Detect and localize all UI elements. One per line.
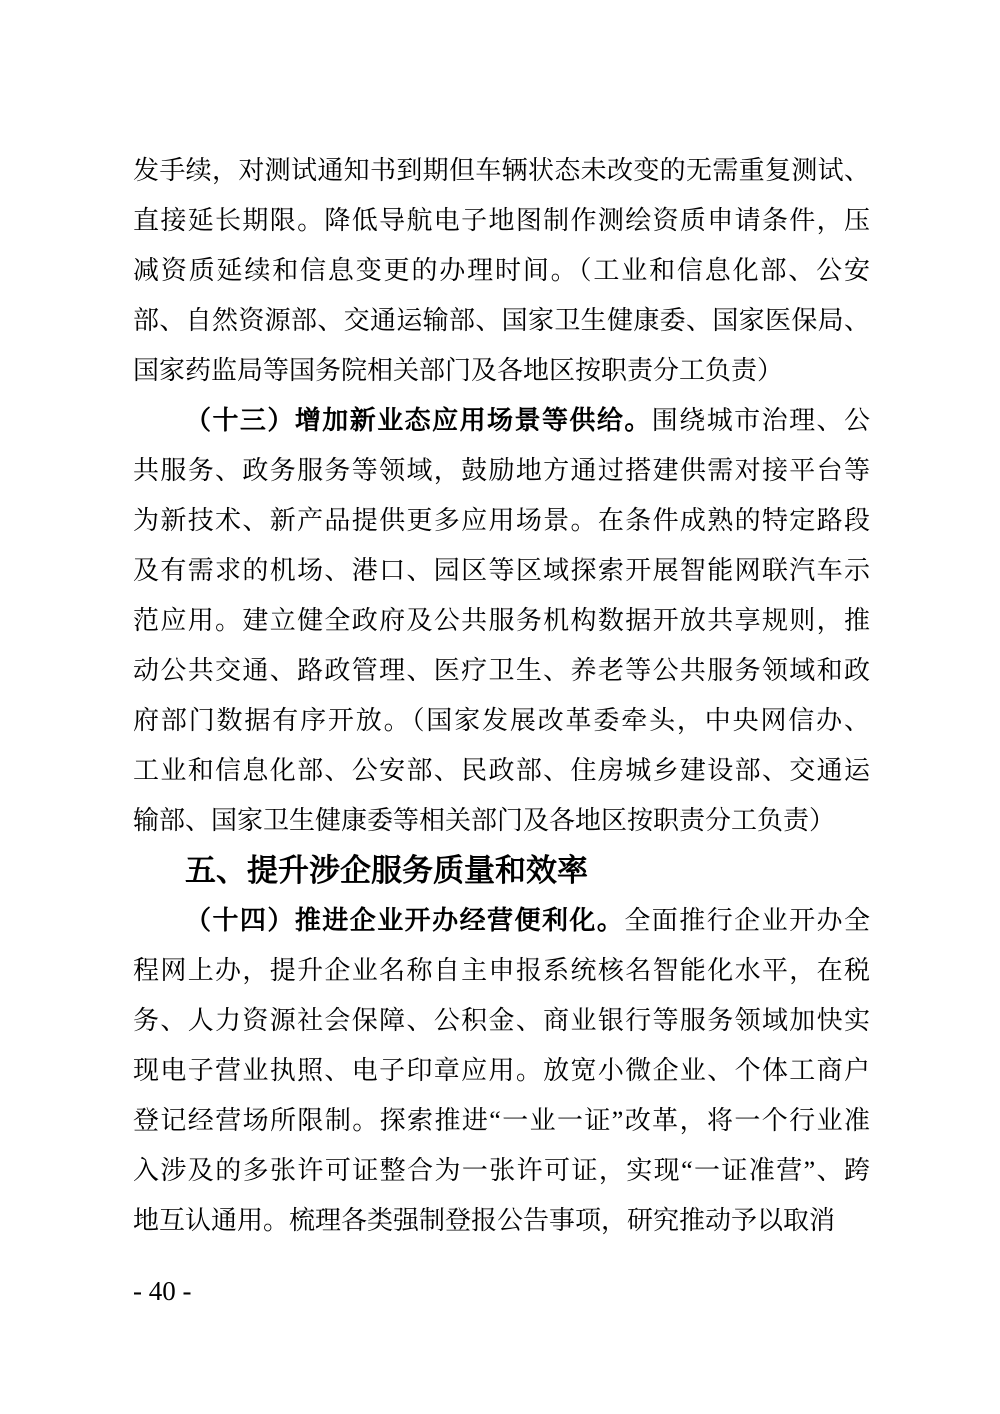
body-line: 程网上办，提升企业名称自主申报系统核名智能化水平，在税	[133, 946, 870, 996]
body-line: 府部门数据有序开放。（国家发展改革委牵头，中央网信办、	[133, 696, 870, 746]
body-line: 地互认通用。梳理各类强制登报公告事项，研究推动予以取消	[133, 1196, 870, 1246]
body-line: 发手续，对测试通知书到期但车辆状态未改变的无需重复测试、	[133, 146, 870, 196]
paragraph-item-13-first-line: （十三）增加新业态应用场景等供给。围绕城市治理、公	[133, 396, 870, 446]
body-line: 动公共交通、路政管理、医疗卫生、养老等公共服务领域和政	[133, 646, 870, 696]
body-text: 全面推行企业开办全	[624, 906, 870, 935]
body-line: 共服务、政务服务等领域，鼓励地方通过搭建供需对接平台等	[133, 446, 870, 496]
body-line: 减资质延续和信息变更的办理时间。（工业和信息化部、公安	[133, 246, 870, 296]
section-heading: 五、提升涉企服务质量和效率	[133, 846, 870, 896]
paragraph-item-14-first-line: （十四）推进企业开办经营便利化。全面推行企业开办全	[133, 896, 870, 946]
body-line: 部、自然资源部、交通运输部、国家卫生健康委、国家医保局、	[133, 296, 870, 346]
body-line: 范应用。建立健全政府及公共服务机构数据开放共享规则，推	[133, 596, 870, 646]
document-text-block: 发手续，对测试通知书到期但车辆状态未改变的无需重复测试、 直接延长期限。降低导航…	[133, 146, 870, 1246]
body-line: 及有需求的机场、港口、园区等区域探索开展智能网联汽车示	[133, 546, 870, 596]
paragraph-lead: （十三）增加新业态应用场景等供给。	[185, 406, 652, 435]
paragraph-lead: （十四）推进企业开办经营便利化。	[185, 906, 624, 935]
body-line: 工业和信息化部、公安部、民政部、住房城乡建设部、交通运	[133, 746, 870, 796]
body-line: 输部、国家卫生健康委等相关部门及各地区按职责分工负责）	[133, 796, 870, 846]
body-line: 国家药监局等国务院相关部门及各地区按职责分工负责）	[133, 346, 870, 396]
body-line: 直接延长期限。降低导航电子地图制作测绘资质申请条件，压	[133, 196, 870, 246]
body-line: 为新技术、新产品提供更多应用场景。在条件成熟的特定路段	[133, 496, 870, 546]
body-line: 入涉及的多张许可证整合为一张许可证，实现“一证准营”、跨	[133, 1146, 870, 1196]
body-line: 务、人力资源社会保障、公积金、商业银行等服务领域加快实	[133, 996, 870, 1046]
document-page: 发手续，对测试通知书到期但车辆状态未改变的无需重复测试、 直接延长期限。降低导航…	[0, 0, 1000, 1414]
body-line: 现电子营业执照、电子印章应用。放宽小微企业、个体工商户	[133, 1046, 870, 1096]
page-number: - 40 -	[133, 1276, 191, 1306]
body-text: 围绕城市治理、公	[652, 406, 870, 435]
body-line: 登记经营场所限制。探索推进“一业一证”改革，将一个行业准	[133, 1096, 870, 1146]
